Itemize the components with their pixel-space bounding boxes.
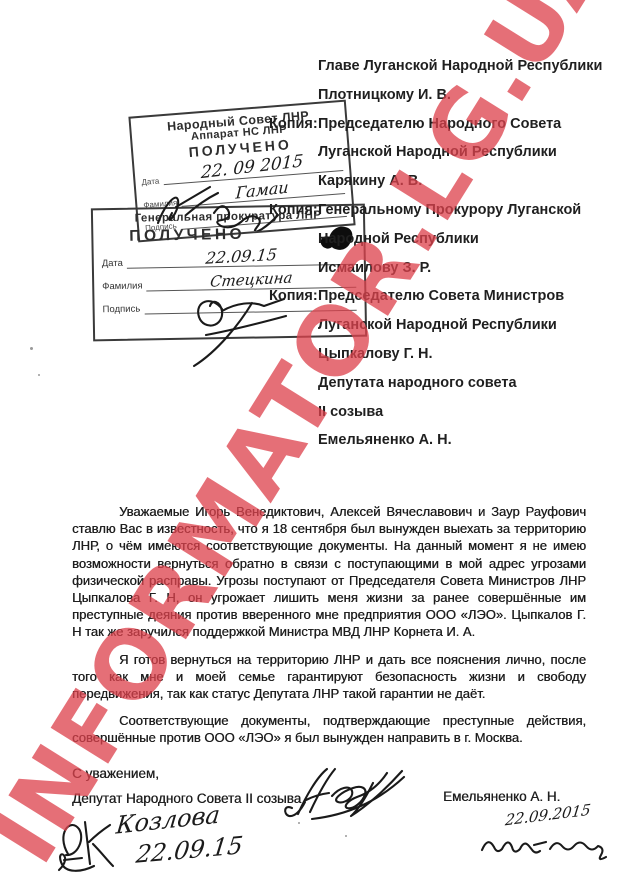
recipient-text: Луганской Народной Республики: [318, 144, 557, 160]
recipient-line: Луганской Народной Республики: [269, 311, 602, 340]
stamp2-date-label: Дата: [102, 258, 123, 269]
body-paragraph-2: Я готов вернуться на территорию ЛНР и да…: [72, 651, 586, 703]
salutation: С уважением,: [72, 766, 159, 781]
recipient-text: II созыва: [318, 404, 383, 420]
stamp2-signature: [178, 293, 308, 368]
copy-label: Копия:: [269, 110, 318, 139]
recipient-text: Плотницкому И. В.: [318, 87, 451, 103]
handwritten-date-left: 22.09.15: [134, 831, 244, 869]
recipient-text: Депутата народного совета: [318, 375, 517, 391]
recipient-line: Главе Луганской Народной Республики: [269, 52, 602, 81]
signer-name: Емельяненко А. Н.: [443, 789, 560, 804]
recipient-text: Емельяненко А. Н.: [318, 432, 452, 448]
recipient-line: Плотницкому И. В.: [269, 81, 602, 110]
recipient-text: Карякину А. В.: [318, 173, 422, 189]
recipient-text: Луганской Народной Республики: [318, 317, 557, 333]
handwritten-scribble: [476, 832, 616, 866]
recipient-line: Исмаилову З. Р.: [269, 254, 602, 283]
scan-speck: [30, 347, 33, 350]
body-paragraph-3: Соответствующие документы, подтверждающи…: [72, 712, 586, 746]
recipient-line: Народной Республики: [269, 225, 602, 254]
recipient-line: Копия:Председателю Народного Совета: [269, 110, 602, 139]
recipient-text: Председателю Народного Совета: [318, 116, 561, 132]
recipient-line: Луганской Народной Республики: [269, 138, 602, 167]
recipient-text: Народной Республики: [318, 231, 479, 247]
stamp2-sign-label: Подпись: [103, 304, 141, 316]
handwritten-date-right: 22.09.2015: [504, 801, 592, 830]
scanned-letter-page: Народный Совет ЛНР Аппарат НС ЛНР ПОЛУЧЕ…: [0, 0, 621, 877]
scan-speck: [38, 374, 40, 376]
body-paragraph-1: Уважаемые Игорь Венедиктович, Алексей Вя…: [72, 503, 586, 641]
recipient-text: Исмаилову З. Р.: [318, 260, 431, 276]
recipient-line: Емельяненко А. Н.: [269, 426, 602, 455]
recipient-text: Цыпкалову Г. Н.: [318, 346, 433, 362]
recipient-line: Копия:Председателю Совета Министров: [269, 282, 602, 311]
stamp2-name-label: Фамилия: [102, 281, 143, 293]
recipient-text: Председателю Совета Министров: [318, 288, 564, 304]
signer-signature: [276, 762, 418, 842]
recipient-text: Генеральному Прокурору Луганской: [318, 202, 581, 218]
stamp1-signature: [152, 183, 302, 231]
recipient-line: Депутата народного совета: [269, 369, 602, 398]
recipient-line: Карякину А. В.: [269, 167, 602, 196]
letter-body: Уважаемые Игорь Венедиктович, Алексей Вя…: [72, 503, 586, 757]
recipient-line: Копия:Генеральному Прокурору Луганской: [269, 196, 602, 225]
stamp2-date-value: 22.09.15: [204, 245, 278, 268]
recipient-line: Цыпкалову Г. Н.: [269, 340, 602, 369]
recipient-block: Главе Луганской Народной Республики Плот…: [269, 52, 602, 455]
recipient-line: II созыва: [269, 398, 602, 427]
recipient-text: Главе Луганской Народной Республики: [318, 58, 602, 74]
